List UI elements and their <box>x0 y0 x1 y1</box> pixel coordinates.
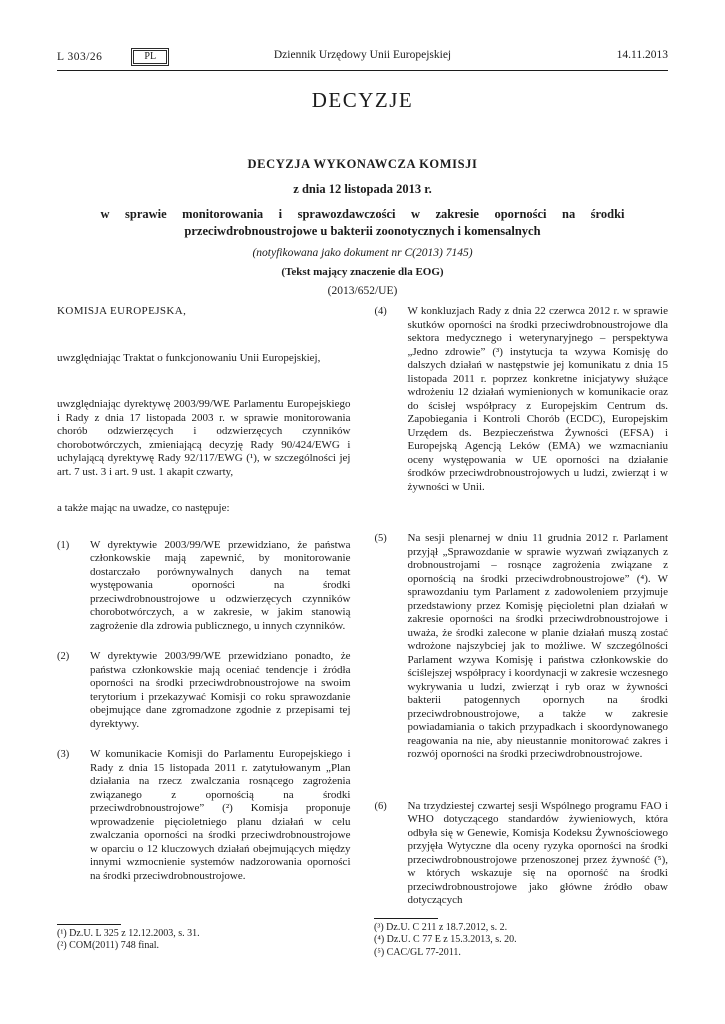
footnote-2: (²) COM(2011) 748 final. <box>57 940 351 952</box>
recital-5: (5) Na sesji plenarnej w dniu 11 grudnia… <box>375 532 669 762</box>
footnote-4: (⁴) Dz.U. C 77 E z 15.3.2013, s. 20. <box>374 934 668 946</box>
recital-3: (3) W komunikacie Komisji do Parlamentu … <box>57 748 351 883</box>
act-subject-line1: w sprawie monitorowania i sprawozdawczoś… <box>101 206 625 223</box>
preamble-institution: KOMISJA EUROPEJSKA, <box>57 305 351 319</box>
recital-text: Na trzydziestej czwartej sesji Wspólnego… <box>408 800 669 908</box>
act-subject: w sprawie monitorowania i sprawozdawczoś… <box>101 206 625 240</box>
recital-text: W konkluzjach Rady z dnia 22 czerwca 201… <box>408 305 669 494</box>
whereas-intro: a także mając na uwadze, co następuje: <box>57 502 351 516</box>
footnotes-left: (¹) Dz.U. L 325 z 12.12.2003, s. 31. (²)… <box>57 924 351 953</box>
right-column: (4) W konkluzjach Rady z dnia 22 czerwca… <box>375 305 669 908</box>
recital-4: (4) W konkluzjach Rady z dnia 22 czerwca… <box>375 305 669 494</box>
recital-2: (2) W dyrektywie 2003/99/WE przewidziano… <box>57 650 351 731</box>
eea-relevance-note: (Tekst mający znaczenie dla EOG) <box>57 266 668 278</box>
header-date: 14.11.2013 <box>617 49 668 61</box>
footnote-1: (¹) Dz.U. L 325 z 12.12.2003, s. 31. <box>57 928 351 940</box>
footnote-3: (³) Dz.U. C 211 z 18.7.2012, s. 2. <box>374 922 668 934</box>
recital-text: W dyrektywie 2003/99/WE przewidziano pon… <box>90 650 351 731</box>
recital-text: W dyrektywie 2003/99/WE przewidziano, że… <box>90 539 351 634</box>
act-date: z dnia 12 listopada 2013 r. <box>57 182 668 197</box>
recital-text: W komunikacie Komisji do Parlamentu Euro… <box>90 748 351 883</box>
page-header: L 303/26 PL Dziennik Urzędowy Unii Europ… <box>57 46 668 66</box>
recital-number: (6) <box>375 800 408 908</box>
act-number: (2013/652/UE) <box>57 285 668 297</box>
journal-title: Dziennik Urzędowy Unii Europejskiej <box>57 49 668 61</box>
footnote-5: (⁵) CAC/GL 77-2011. <box>374 947 668 959</box>
recital-number: (1) <box>57 539 90 634</box>
act-title: DECYZJA WYKONAWCZA KOMISJI <box>57 157 668 172</box>
left-column: KOMISJA EUROPEJSKA, uwzględniając Trakta… <box>57 305 351 908</box>
recital-6: (6) Na trzydziestej czwartej sesji Wspól… <box>375 800 669 908</box>
recital-number: (2) <box>57 650 90 731</box>
recital-number: (3) <box>57 748 90 883</box>
recital-text: Na sesji plenarnej w dniu 11 grudnia 201… <box>408 532 669 762</box>
act-subject-line2: przeciwdrobnoustrojowe u bakterii zoonot… <box>101 223 625 240</box>
citation-treaty: uwzględniając Traktat o funkcjonowaniu U… <box>57 352 351 366</box>
act-heading: DECYZJA WYKONAWCZA KOMISJI z dnia 12 lis… <box>57 157 668 297</box>
footnotes-right: (³) Dz.U. C 211 z 18.7.2012, s. 2. (⁴) D… <box>374 918 668 959</box>
act-notification-note: (notyfikowana jako dokument nr C(2013) 7… <box>57 247 668 259</box>
section-title: DECYZJE <box>0 88 725 113</box>
citation-directive: uwzględniając dyrektywę 2003/99/WE Parla… <box>57 398 351 479</box>
recital-number: (5) <box>375 532 408 762</box>
recital-1: (1) W dyrektywie 2003/99/WE przewidziano… <box>57 539 351 634</box>
footnote-separator <box>57 924 121 925</box>
header-rule <box>57 70 668 71</box>
footnote-separator <box>374 918 438 919</box>
journal-page: L 303/26 PL Dziennik Urzędowy Unii Europ… <box>0 0 725 1024</box>
body-columns: KOMISJA EUROPEJSKA, uwzględniając Trakta… <box>57 305 668 908</box>
recital-number: (4) <box>375 305 408 494</box>
